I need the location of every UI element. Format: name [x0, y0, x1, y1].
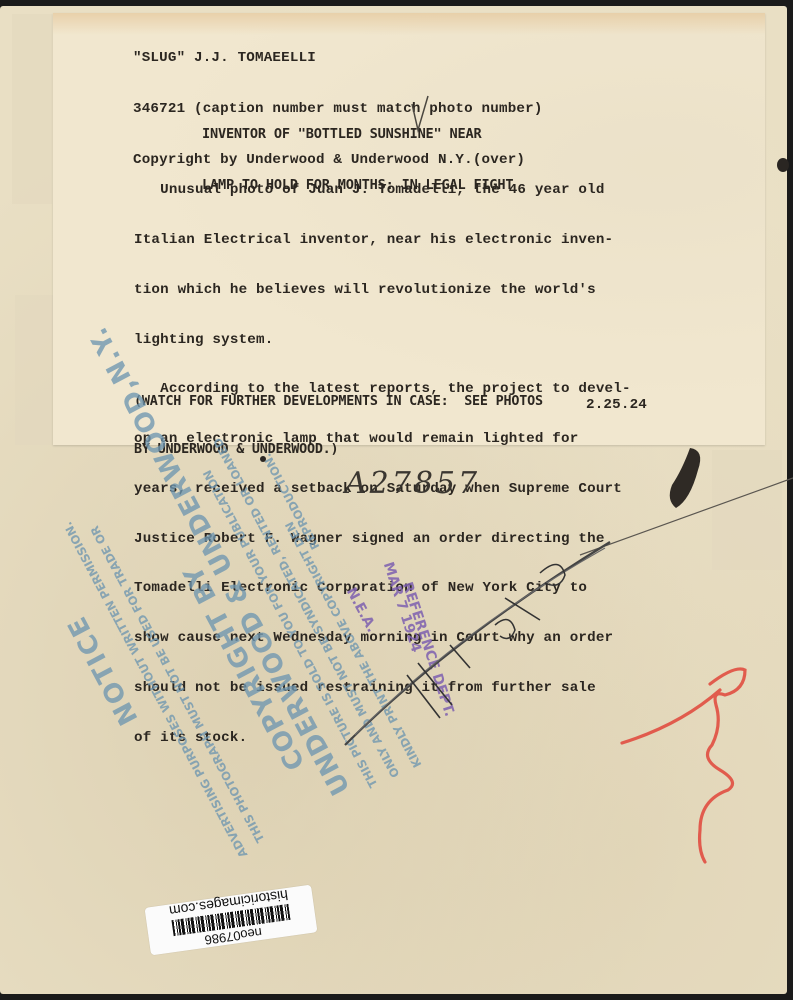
ink-blot-icon [670, 448, 700, 508]
pencil-scribble-icon [345, 542, 610, 745]
pencil-check-icon [412, 96, 428, 130]
red-crayon-mark-icon [622, 669, 745, 862]
marks-overlay [0, 0, 793, 1000]
